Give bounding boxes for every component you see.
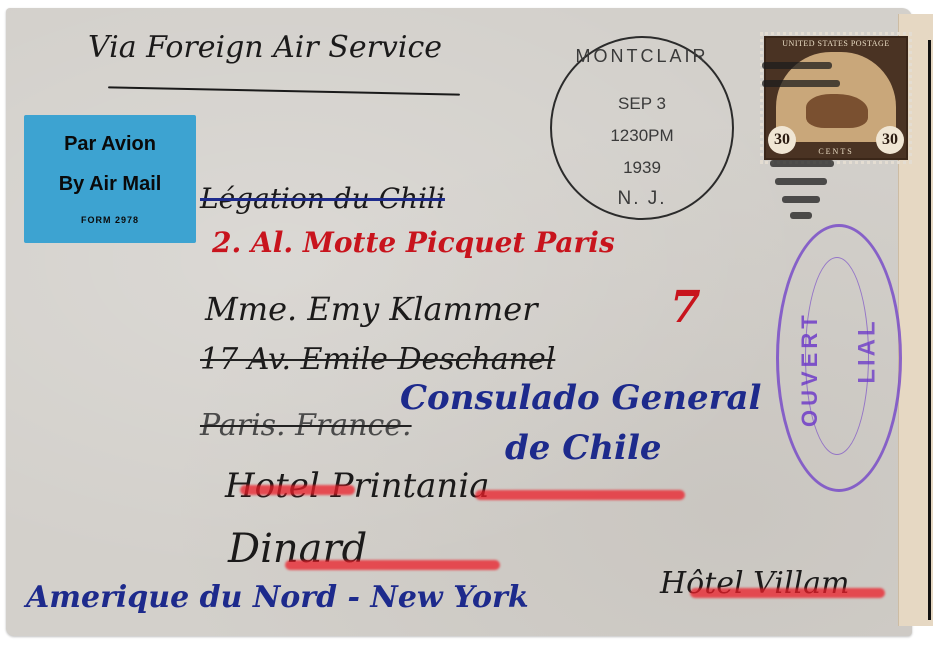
postmark-time: 1230PM <box>552 126 732 146</box>
address-line-street: 17 Av. Emile Deschanel <box>200 342 555 377</box>
address-line-paris: Paris. France. <box>200 408 412 443</box>
routing-note: Via Foreign Air Service <box>88 30 442 65</box>
address-line-recipient: Mme. Emy Klammer <box>205 290 537 328</box>
cancellation-bar <box>790 212 812 219</box>
cancellation-bar <box>782 196 820 203</box>
stamp-denomination: CENTS <box>766 147 906 156</box>
censor-center-text: LIAL <box>854 318 882 383</box>
postmark-state: N. J. <box>552 188 732 210</box>
address-line-legation: Légation du Chili <box>200 182 445 215</box>
address-line-new-york: Amerique du Nord - New York <box>26 580 529 615</box>
airmail-label-line2: By Air Mail <box>24 173 196 196</box>
cancellation-bar <box>775 178 827 185</box>
address-line-de-chile: de Chile <box>505 428 662 468</box>
cancellation-bar <box>762 62 832 69</box>
envelope-flap-edge <box>928 40 931 620</box>
postmark: MONTCLAIR SEP 3 1230PM 1939 N. J. <box>550 36 734 220</box>
address-line-motte-picquet: 2. Al. Motte Picquet Paris <box>212 226 615 259</box>
red-crayon-strike <box>285 560 500 570</box>
red-crayon-strike <box>690 588 885 598</box>
airmail-label: Par Avion By Air Mail FORM 2978 <box>24 115 196 243</box>
address-line-consulado: Consulado General <box>400 378 761 418</box>
red-crayon-strike <box>240 485 355 495</box>
cancellation-bar <box>762 80 840 87</box>
censor-text: OUVERT <box>797 311 823 427</box>
airmail-label-line1: Par Avion <box>24 133 196 156</box>
postage-stamp: UNITED STATES POSTAGE 30 30 CENTS <box>764 36 908 160</box>
cancellation-bar <box>770 160 834 167</box>
stamp-title: UNITED STATES POSTAGE <box>766 39 906 48</box>
bison-icon <box>806 94 868 128</box>
airmail-label-form: FORM 2978 <box>24 215 196 225</box>
red-mark: 7 <box>670 282 701 333</box>
postmark-year: 1939 <box>552 158 732 178</box>
censor-handstamp: OUVERT LIAL <box>776 224 902 492</box>
postmark-city: MONTCLAIR <box>552 46 732 67</box>
postmark-date: SEP 3 <box>552 94 732 114</box>
red-crayon-strike <box>475 490 685 500</box>
